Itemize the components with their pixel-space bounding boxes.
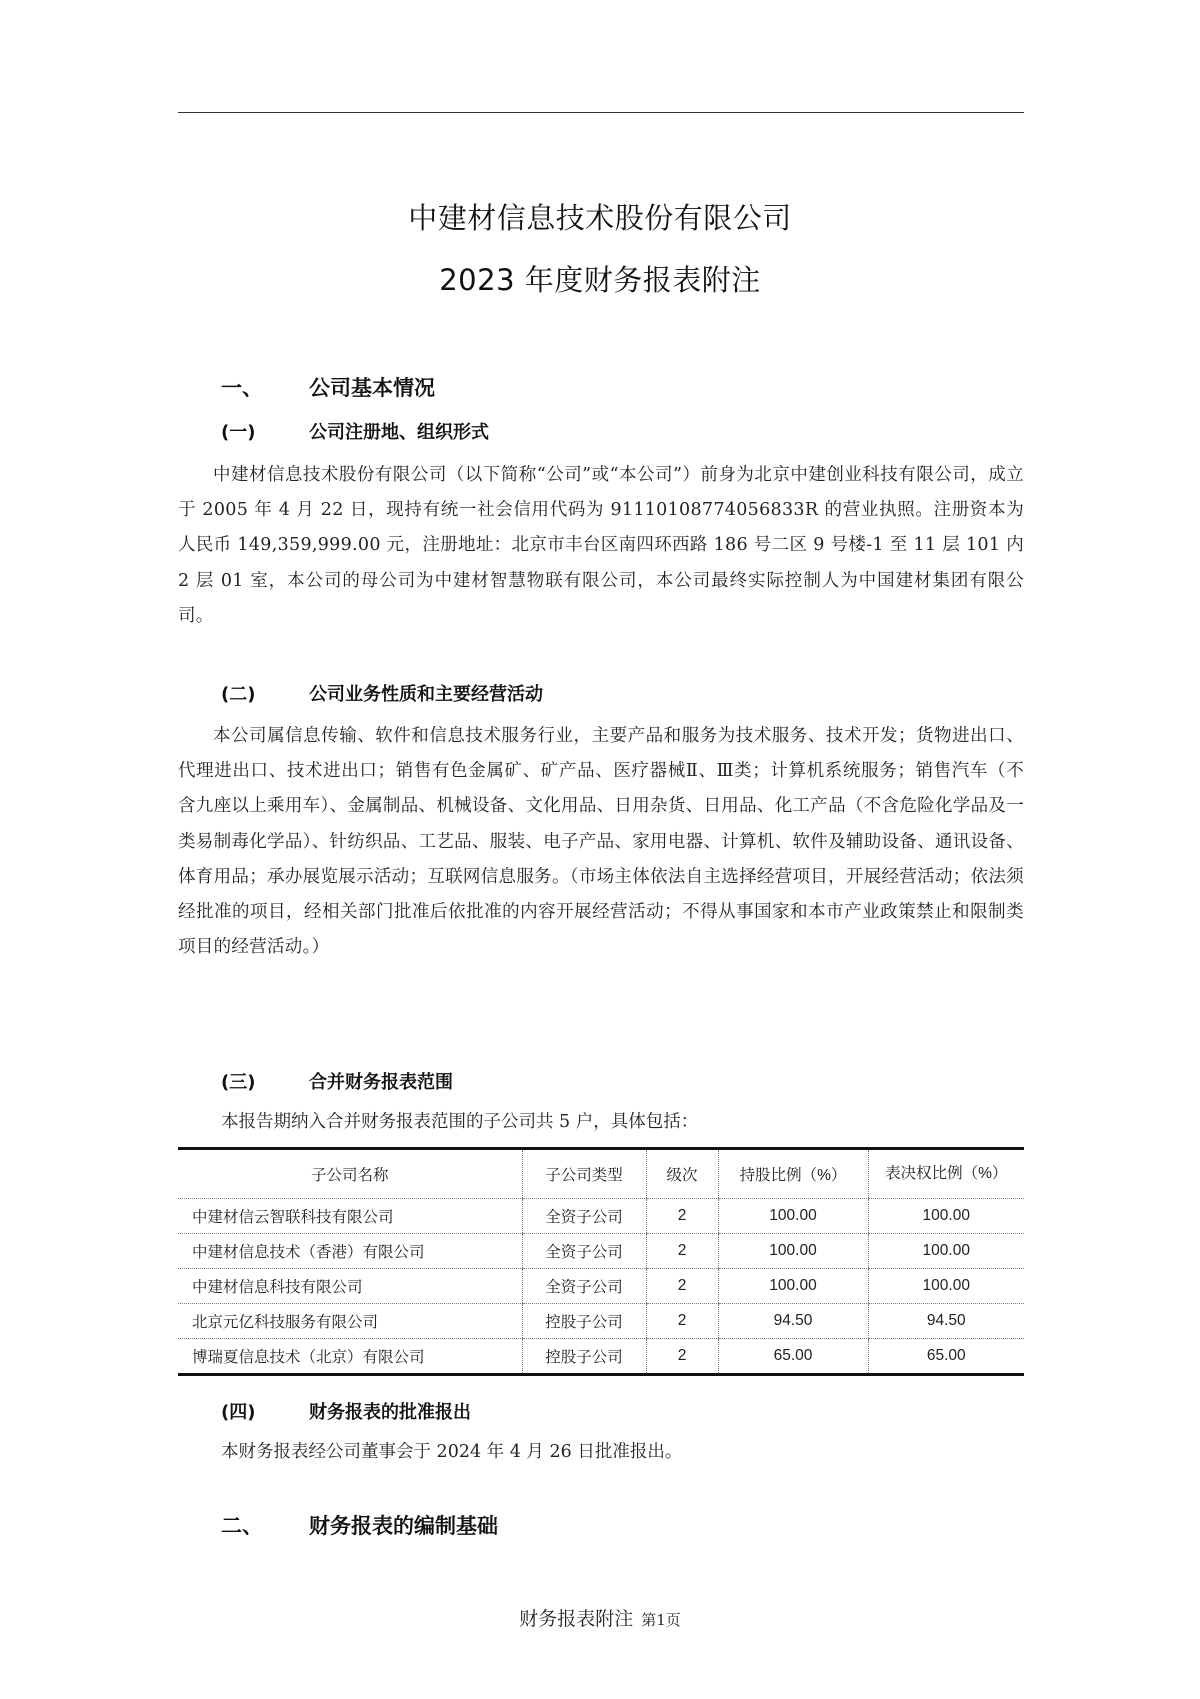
cell-level: 2	[646, 1304, 718, 1339]
cell-voting: 100.00	[868, 1269, 1024, 1304]
cell-shareholding: 100.00	[718, 1199, 868, 1234]
subsection-heading-1-2: (二)公司业务性质和主要经营活动	[221, 680, 543, 706]
cell-name: 中建材信云智联科技有限公司	[178, 1199, 522, 1234]
subsection-heading-1-1: (一)公司注册地、组织形式	[221, 418, 489, 444]
cell-type: 全资子公司	[522, 1269, 646, 1304]
section-title: 财务报表的编制基础	[309, 1514, 498, 1538]
document-title: 中建材信息技术股份有限公司	[0, 196, 1200, 237]
cell-type: 控股子公司	[522, 1339, 646, 1375]
section-heading-1: 一、公司基本情况	[221, 372, 435, 402]
cell-name: 中建材信息技术（香港）有限公司	[178, 1234, 522, 1269]
cell-name: 博瑞夏信息技术（北京）有限公司	[178, 1339, 522, 1375]
section-number: 二、	[221, 1510, 309, 1540]
paragraph-business-scope: 本公司属信息传输、软件和信息技术服务行业，主要产品和服务为技术服务、技术开发；货…	[178, 719, 1024, 965]
subsection-heading-1-3: (三)合并财务报表范围	[221, 1068, 453, 1094]
table-row: 中建材信云智联科技有限公司 全资子公司 2 100.00 100.00	[178, 1199, 1024, 1234]
cell-shareholding: 94.50	[718, 1304, 868, 1339]
cell-voting: 65.00	[868, 1339, 1024, 1375]
cell-shareholding: 100.00	[718, 1269, 868, 1304]
column-header: 表决权比例（%）	[868, 1149, 1024, 1199]
section-title: 公司基本情况	[309, 376, 435, 400]
cell-type: 全资子公司	[522, 1234, 646, 1269]
subsection-number: (一)	[221, 418, 309, 444]
paragraph-registration: 中建材信息技术股份有限公司（以下简称“公司”或“本公司”）前身为北京中建创业科技…	[178, 458, 1024, 634]
subsection-title: 财务报表的批准报出	[309, 1402, 471, 1423]
subsection-title: 合并财务报表范围	[309, 1072, 453, 1093]
cell-voting: 100.00	[868, 1234, 1024, 1269]
table-header-row: 子公司名称 子公司类型 级次 持股比例（%） 表决权比例（%）	[178, 1149, 1024, 1199]
cell-level: 2	[646, 1199, 718, 1234]
paragraph-approval: 本财务报表经公司董事会于 2024 年 4 月 26 日批准报出。	[221, 1438, 682, 1463]
table-row: 博瑞夏信息技术（北京）有限公司 控股子公司 2 65.00 65.00	[178, 1339, 1024, 1375]
footer-label: 财务报表附注	[519, 1608, 633, 1630]
subsection-number: (四)	[221, 1398, 309, 1424]
page-footer: 财务报表附注第1页	[0, 1604, 1200, 1631]
cell-name: 北京元亿科技服务有限公司	[178, 1304, 522, 1339]
document-subtitle: 2023 年度财务报表附注	[0, 258, 1200, 299]
cell-voting: 100.00	[868, 1199, 1024, 1234]
column-header: 级次	[646, 1149, 718, 1199]
subsection-number: (二)	[221, 680, 309, 706]
cell-voting: 94.50	[868, 1304, 1024, 1339]
table-row: 中建材信息科技有限公司 全资子公司 2 100.00 100.00	[178, 1269, 1024, 1304]
section-number: 一、	[221, 372, 309, 402]
cell-shareholding: 65.00	[718, 1339, 868, 1375]
cell-level: 2	[646, 1234, 718, 1269]
subsection-heading-1-4: (四)财务报表的批准报出	[221, 1398, 471, 1424]
cell-type: 控股子公司	[522, 1304, 646, 1339]
cell-shareholding: 100.00	[718, 1234, 868, 1269]
subsection-title: 公司业务性质和主要经营活动	[309, 684, 543, 705]
subsection-number: (三)	[221, 1068, 309, 1094]
column-header: 持股比例（%）	[718, 1149, 868, 1199]
cell-level: 2	[646, 1339, 718, 1375]
section-heading-2: 二、财务报表的编制基础	[221, 1510, 498, 1540]
cell-type: 全资子公司	[522, 1199, 646, 1234]
column-header: 子公司类型	[522, 1149, 646, 1199]
header-rule	[178, 112, 1024, 113]
subsection-title: 公司注册地、组织形式	[309, 422, 489, 443]
column-header: 子公司名称	[178, 1149, 522, 1199]
subsidiaries-table: 子公司名称 子公司类型 级次 持股比例（%） 表决权比例（%） 中建材信云智联科…	[178, 1147, 1024, 1376]
cell-name: 中建材信息科技有限公司	[178, 1269, 522, 1304]
consolidation-intro: 本报告期纳入合并财务报表范围的子公司共 5 户，具体包括：	[221, 1108, 698, 1133]
page-number: 第1页	[641, 1611, 681, 1629]
table-row: 中建材信息技术（香港）有限公司 全资子公司 2 100.00 100.00	[178, 1234, 1024, 1269]
cell-level: 2	[646, 1269, 718, 1304]
table-row: 北京元亿科技服务有限公司 控股子公司 2 94.50 94.50	[178, 1304, 1024, 1339]
